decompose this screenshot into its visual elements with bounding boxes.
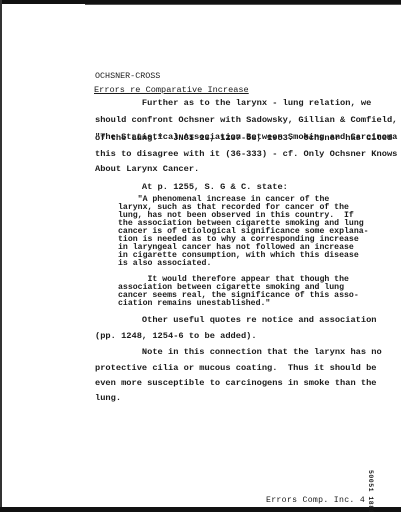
paragraph-1-line-2: should confront Ochsner with Sadowsky, G… <box>95 115 397 125</box>
document-header: OCHSNER-CROSS <box>95 71 160 81</box>
document-page: OCHSNER-CROSS Errors re Comparative Incr… <box>0 0 401 512</box>
paragraph-3-line-2: (pp. 1248, 1254-6 to be added). <box>95 331 257 341</box>
paragraph-4-line-4: lung. <box>95 393 121 403</box>
paragraph-1-line-4: of the Lung." JNCI 13, 1237-58, 1953. Oc… <box>95 133 392 143</box>
paragraph-4-line-3: even more susceptible to carcinogens in … <box>95 378 377 388</box>
paragraph-1-line-5: this to disagree with it (36-333) - cf. … <box>95 149 397 159</box>
paragraph-1-line-1: Further as to the larynx - lung relation… <box>95 98 371 108</box>
scan-bottom-edge <box>0 507 401 512</box>
paragraph-4-line-2: protective cilia or mucous coating. Thus… <box>95 363 377 373</box>
page-footer: Errors Comp. Inc. 4 <box>266 496 365 505</box>
section-title: Errors re Comparative Increase <box>94 85 249 95</box>
scan-left-edge <box>0 0 2 512</box>
paragraph-4-line-1: Note in this connection that the larynx … <box>95 347 382 357</box>
quote-line-13: ciation remains unestablished." <box>118 300 270 308</box>
bates-number: 50051 1888 <box>367 470 374 512</box>
quote-line-9: is also associated. <box>118 260 211 268</box>
paragraph-2: At p. 1255, S. G & C. state: <box>95 182 288 192</box>
scan-top-edge-shadow <box>85 4 401 5</box>
paragraph-3-line-1: Other useful quotes re notice and associ… <box>95 315 377 325</box>
paragraph-1-line-6: About Larynx Cancer. <box>95 164 199 174</box>
